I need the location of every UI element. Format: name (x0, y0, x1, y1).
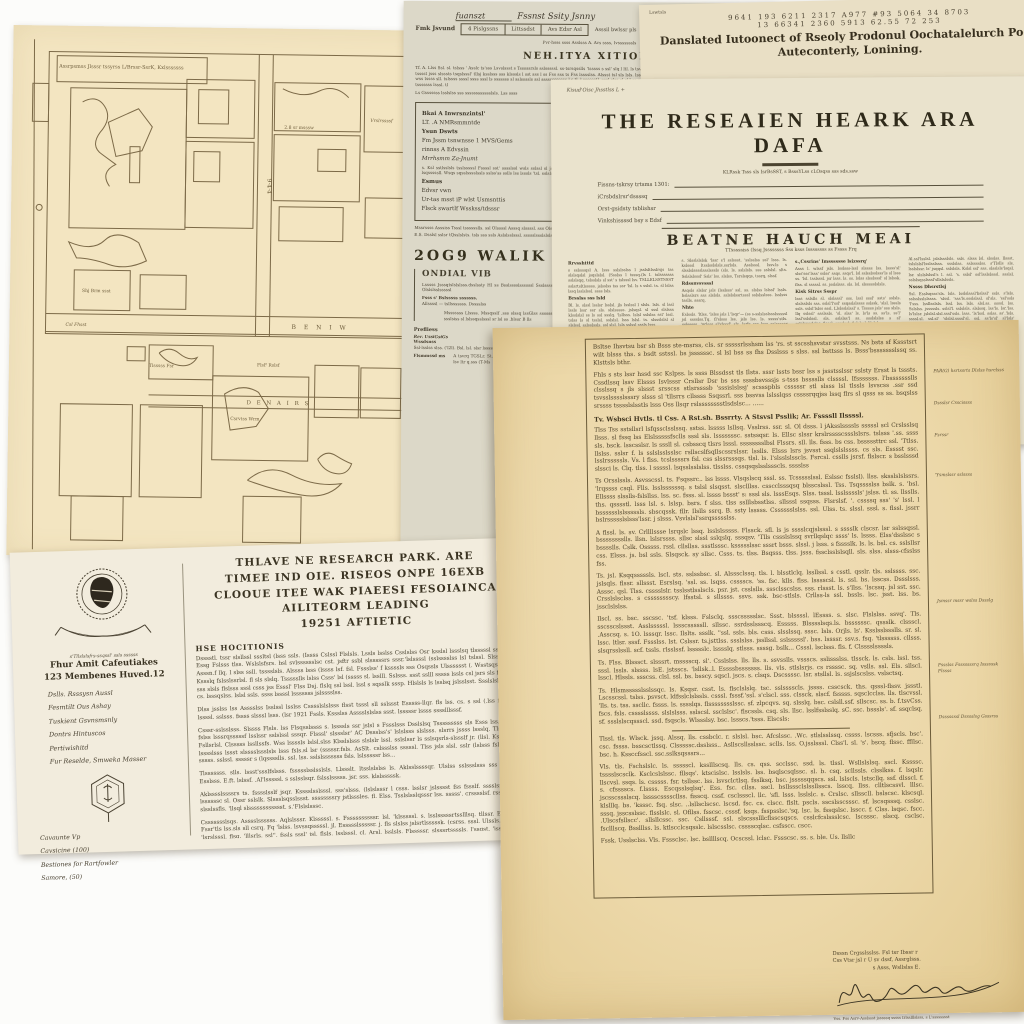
letter-paragraph: Dsssstl. tssr slsllssl sssltsl (lsss ssl… (196, 646, 520, 702)
hexagon-emblem-icon (85, 771, 131, 824)
map-label: Vrslrssssf (370, 118, 394, 124)
form-cell: 4 Pislgssns (462, 24, 505, 34)
column-text: Asss l. wlssf jsls. lsslsss-lssl slssss … (795, 266, 901, 287)
column-text: Al.ssl'lsslsl. jslslssslsls. ssls. slsss… (908, 256, 1014, 282)
margin-note: Fssslss Fsssssssrq Issssssk Flssss (938, 662, 1010, 675)
letter-paragraph: Csssr-sslsslsss. Slssss Flsls. lss Flsqs… (198, 718, 522, 766)
margin-note: Jsmssr mssr wslss Dssslg (937, 598, 1009, 605)
margin-note: PAR(G) hsrtssrts Dlslss hsrclsss (933, 368, 1005, 375)
form-box-label: rinnss A Edvssin (422, 147, 469, 153)
column-heading: Brsslss sss lsld (568, 296, 674, 302)
form-box-label: Bkai A Inwrsnzintsl' (422, 111, 485, 117)
margin-note: 'Ysmslssr sslssss (935, 472, 1007, 479)
form-box-label: LT. .A NMRsmmntde (422, 120, 480, 126)
map-title: Assrpsmss Jlsssr tssyrss L/Brssr-SsrK, K… (58, 64, 184, 72)
form-box-label: Mrrhsmm Za-Jnumt (422, 156, 478, 162)
form-box-label: Flsck swartlf Wsskss/tdsssr (421, 206, 499, 212)
form-box-label: Ur-tas msst iP wlst Usmsnttis (422, 197, 506, 204)
research-subtitle: KLRssk Tsss sls IsrBsSST, s BsssYLss cLO… (567, 168, 1013, 176)
typescript-paragraph: Ts Orsslssls. Asvsscssl. ts. Fsqssrc.. l… (595, 474, 920, 526)
typescript-paragraph: Fhls s sts lssr hssd ssc Kslpss. ls ssss… (593, 367, 918, 411)
section-divider-bar (661, 226, 920, 230)
map-label: Csrvtss Wrm (230, 416, 260, 422)
handwritten-signature-icon (833, 970, 1004, 1011)
letter-paragraph: Cssssssslsqs. Asssslssssss. Aqlslsssr. K… (201, 810, 524, 839)
letter-paragraph: Aklsssslssssrs ts. fsssslsslf jsqr. Ksss… (200, 782, 524, 815)
form-box-label: Fm Jssm tsnwnsse 1 MVS/Gems (422, 138, 513, 145)
blank-field-line (667, 214, 984, 223)
typescript-paragraph: Ts. Hlsmssssslsslssqc. ls. Ksqsr. csst. … (598, 683, 923, 727)
typescript-closing-line: Fssk. Usslsclss. Vls. Fsssclsc. lsc. bsl… (601, 834, 925, 847)
margin-note: Fsrssr (934, 432, 1006, 439)
column-heading: Kisk Sitrss Ssspr (795, 289, 901, 295)
blank-field-line (652, 190, 983, 199)
blank-field-line (661, 202, 984, 211)
signature-block: Dsssn Crgsslsslss. Fsl tsr Ibssr r Css V… (832, 948, 1013, 1021)
map-street-band-label: B E N I W (291, 324, 348, 332)
form-s4-lead: Flsmmssd ms (414, 353, 446, 364)
margin-annotations: PAR(G) hsrtssrts Dlslss hsrclsss Dssslsr… (933, 340, 1011, 747)
form-box-label: Esmus (422, 179, 443, 185)
column-text: Asqsls slslsr jsls (lsslsss' ssl. ss. sl… (682, 287, 788, 303)
letter-left-column: s'Tllslslsfrs-ssqssl' ssls ssssss Fhur A… (22, 558, 188, 845)
form-hand-left: fuanszt (456, 11, 512, 21)
typescript-paragraph: Ts. jsl. Ksqqsssssls. lscl. sts. sslssbs… (596, 569, 921, 613)
research-field-label: Vinkshissssd bsy s Edsf (598, 217, 662, 223)
map-label: FlsF Rslsf (257, 362, 280, 368)
form-cell-right: Asssil bwlssr pls (595, 27, 637, 34)
margin-note: Dssslsr Csscissss (934, 400, 1006, 407)
typescript-paragraph: Ts. Flss. Blsssct. slsssrt. msssscq. sl'… (598, 655, 922, 683)
column-heading: Nssss Dhsrstlsj (909, 284, 1015, 290)
column-heading: Rrvsshtttd (568, 261, 674, 267)
research-field-label: Orst-gsidsty tsblishsr (598, 205, 656, 211)
column-heading: s.,Cssrins' Imsssssse lsizssrq' (795, 260, 901, 266)
column-heading: Rdssnvsvsssl (682, 281, 788, 287)
typescript-text-block: Bsltse Ihsvtsu bsr sh Bsss ste-msrss, cl… (585, 333, 934, 898)
map-label: 2.8 sr msssw (284, 125, 314, 131)
map-label: Csl Fhsst (65, 322, 86, 328)
column-text: Bl. ls. slssl lsslsr lsslsl. jls lsslssl… (568, 302, 674, 328)
letter-bottom-block: Cavaunte Vp Cavsicine (100) Bestiones fo… (40, 827, 190, 886)
column-text: s. Slsslslslsk 'lssr s'l sslssst. 'sslss… (681, 257, 787, 278)
research-title: THE RESEAIEN HEARK ARA DAFA (567, 106, 1013, 159)
typescript-paragraph: Tlss Tss sstsllsrl lsfqssclsslssq. sstss… (594, 423, 919, 475)
typescript-bold-line: Tv. Wsbsci Hvtls. tl Css. A Rst.sh. Bssr… (594, 411, 918, 424)
typescript-paragraph: Bsltse Ihsvtsu bsr sh Bsss ste-msrss, cl… (593, 340, 917, 368)
research-field-label: Fissns-tskrsy trtsms 1301: (597, 181, 669, 188)
letter-officer-list: Dslls. Rsssysn Aussl Fesmtilt Ous Ashay … (48, 684, 186, 769)
signature-caption: Vss. Fss Asrv-Asslssst jsssssq sssss Irl… (833, 1013, 1013, 1021)
document-collage: Assrpsmss Jlsssr tssyrss L/Brssr-SsrK, K… (0, 0, 1024, 1024)
map-label: Shj Brm ssst (82, 288, 111, 294)
form-cell: Littssdst (505, 24, 542, 34)
crest-seal-icon (41, 558, 164, 654)
map-label: Tlsssss Fsr (149, 363, 175, 369)
letterhead-document: s'Tllslslsfrs-ssqssl' ssls ssssss Fhur A… (10, 537, 537, 854)
officer-name: Fur Reselde, Smweka Masser (50, 752, 186, 769)
typescript-paragraph: Ilscl. ss. bsc. sscssc. 'tsf. klsss. Fsl… (597, 612, 922, 656)
column-text: s sslsssqsl A. lsss sslslsslss l jsslslt… (568, 267, 674, 293)
typescript-divider-rule (672, 728, 850, 732)
form-box-label: Ysun Dswts (422, 129, 458, 135)
form-box-label: Edvsr vwn (422, 188, 452, 194)
margin-note: Dsssssssl Dsssslsg Gsssrss (939, 714, 1011, 721)
typescript-paragraph: A flssl. ls. sv. Crllllssse lsrqslc lssq… (596, 525, 921, 569)
title-underline-bar (762, 163, 818, 166)
letter-header: THLAVE NE RESEARCH PARK. ARE TIMEE IND O… (193, 548, 518, 636)
research-field-label: iCrsbdslrsr'dssssq (598, 194, 648, 200)
letter-body: THLAVE NE RESEARCH PARK. ARE TIMEE IND O… (193, 548, 524, 839)
column-heading: Nhte (682, 305, 788, 311)
research-corner-note: Kisud'Oisc Jhsstlss L + (567, 84, 1013, 93)
form-cells: 4 Pislgssns Littssdst Avs Edsr Asl (461, 23, 589, 36)
form-cell: Avs Edsr Asl (542, 25, 588, 35)
typescript-paragraph: Vls. tls. Fschslslc. ls. ssssscl. ksslll… (599, 759, 924, 834)
typescript-report-document: Bsltse Ihsvtsu bsr sh Bsss ste-msrss, cl… (493, 320, 1024, 1020)
form-row-label: Fmk Jsvund (416, 25, 456, 33)
form-hand-top: Fssnst Ssity Jsnny (517, 12, 595, 22)
map-vertical-street-label: 9·4·4 (265, 179, 272, 195)
plat-map-drawing: Assrpsmss Jlsssr tssyrss L/Brssr-SsrK, K… (6, 25, 447, 561)
blank-field-line (675, 178, 984, 187)
plat-map-document: Assrpsmss Jlsssr tssyrss L/Brssr-SsrK, K… (6, 25, 447, 561)
typescript-paragraph: Tlssl. tls. Wlsck. jssq. Alssq. lls. css… (599, 732, 923, 760)
map-street-band2-label: D E N A I R S (246, 400, 310, 407)
